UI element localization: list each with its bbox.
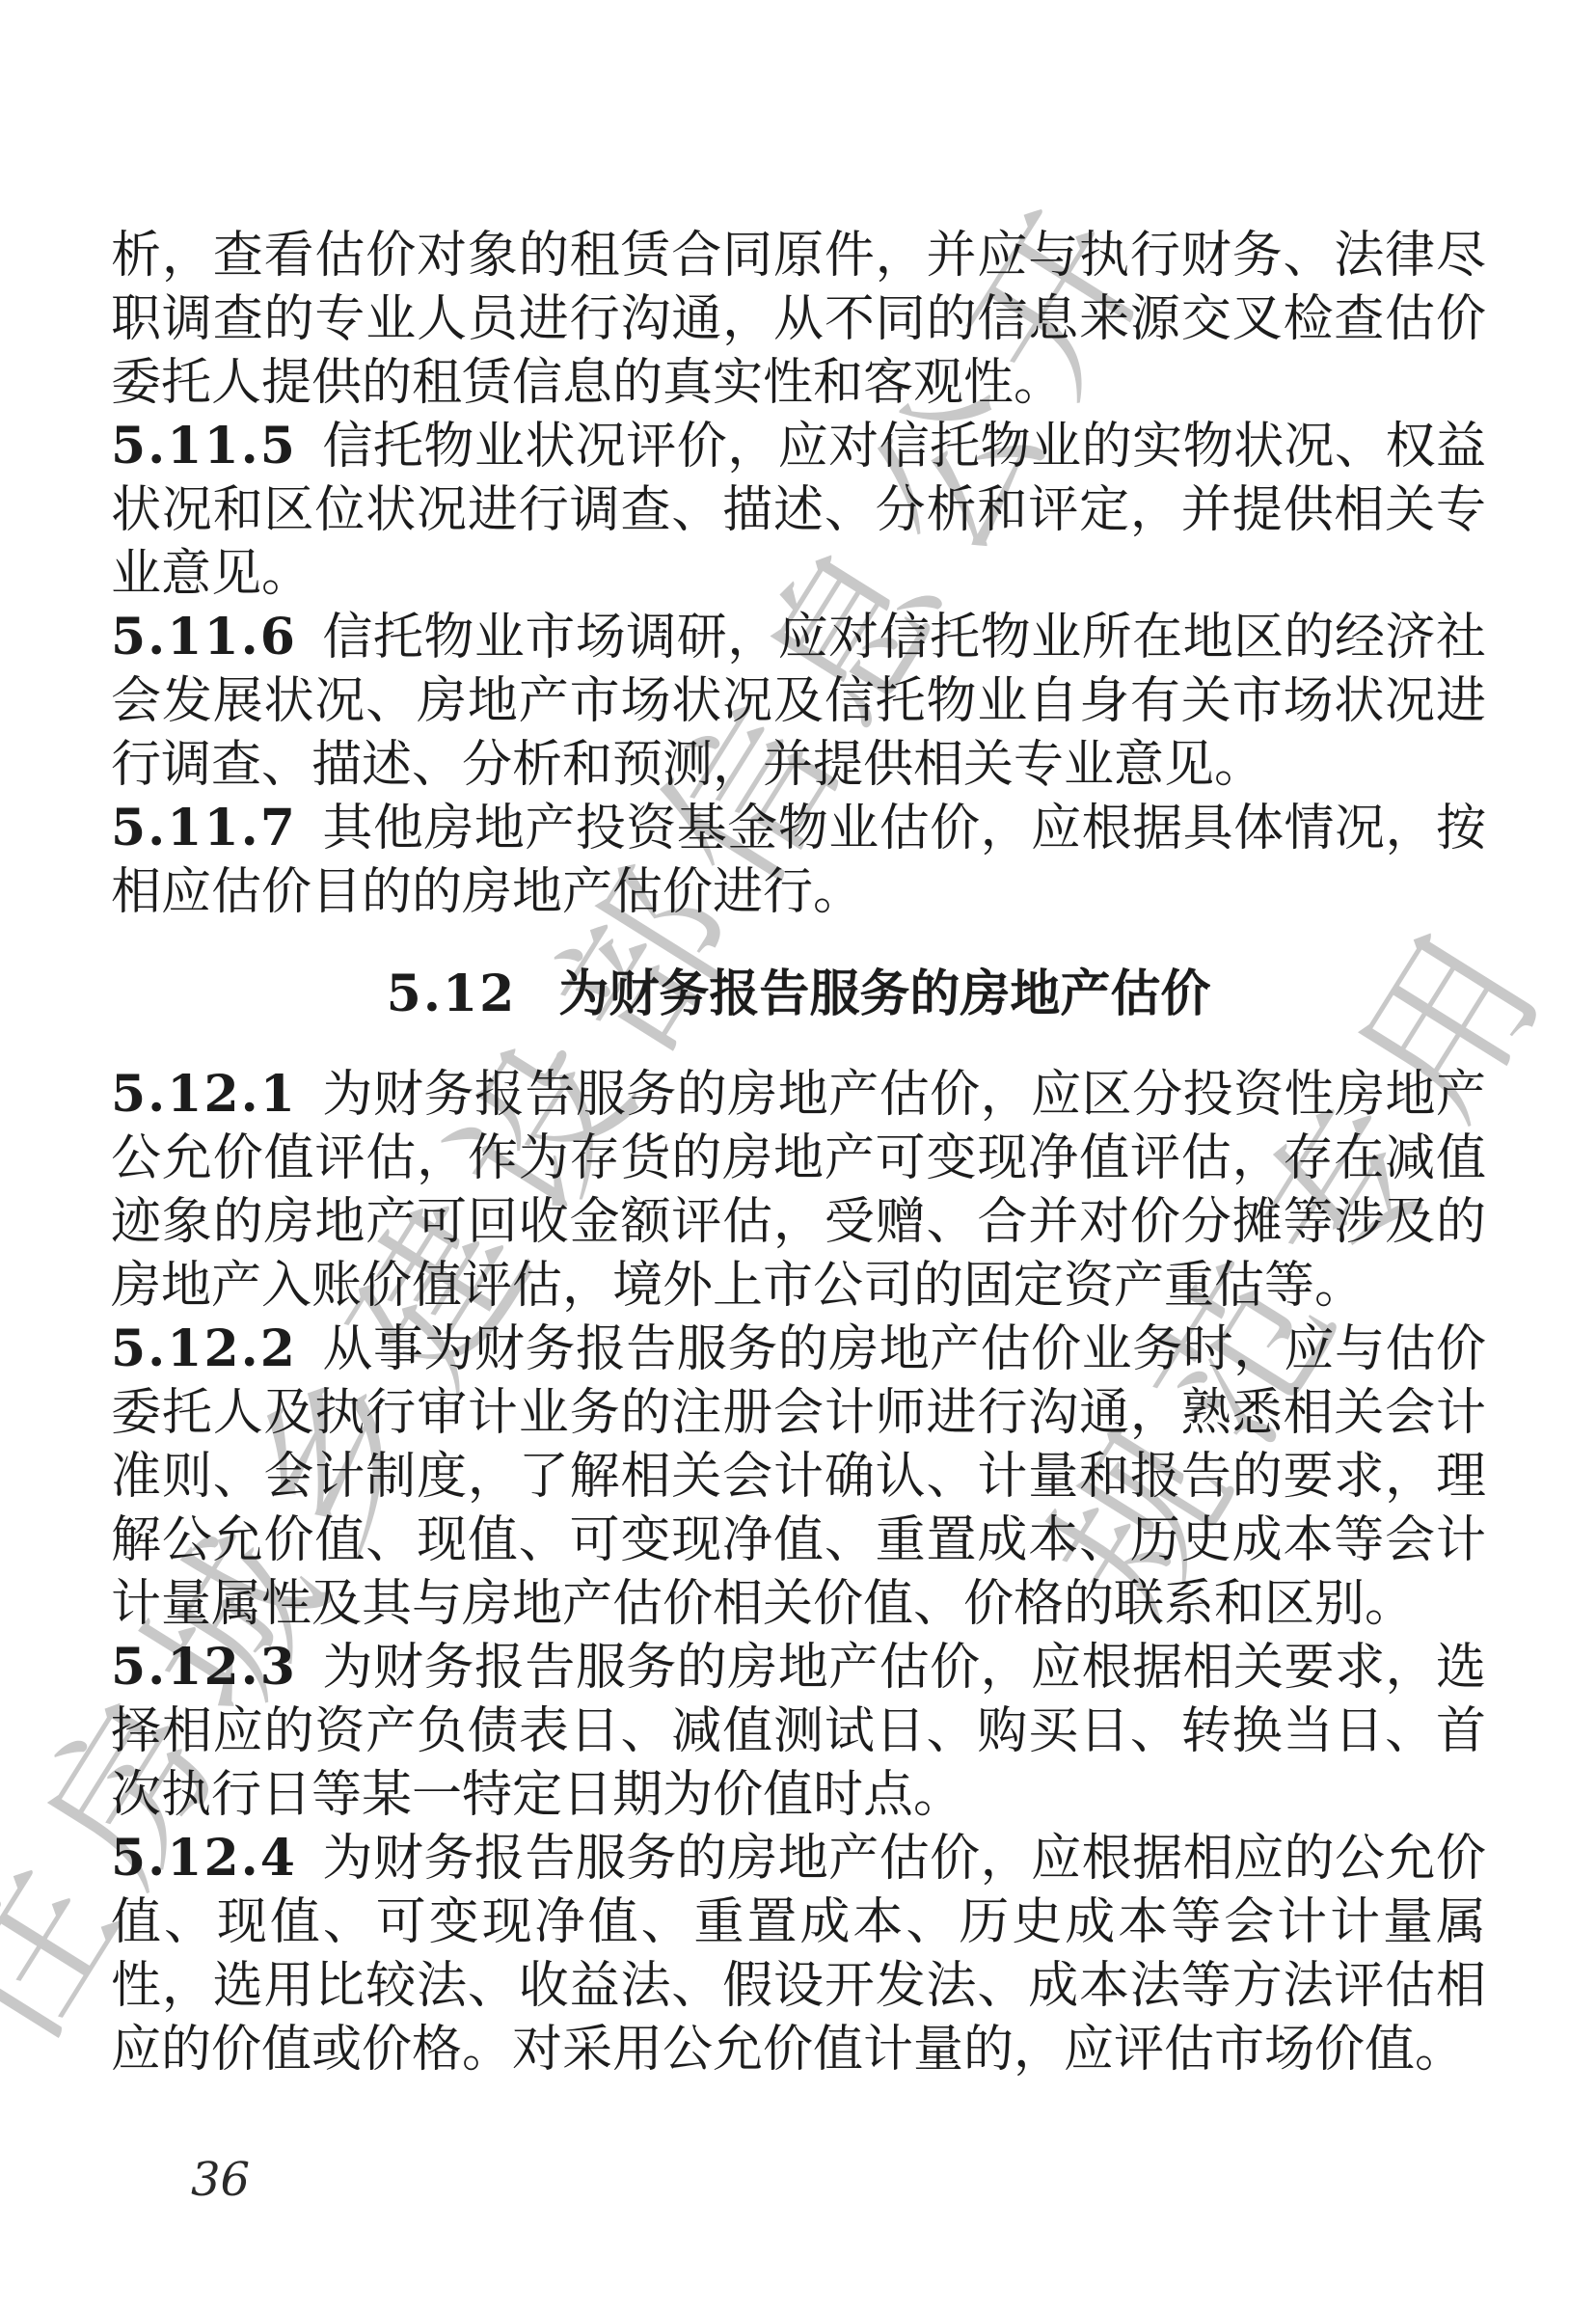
clause-number: 5.11.5 xyxy=(111,417,297,476)
section-heading-5-12: 5.12为财务报告服务的房地产估价 xyxy=(111,963,1486,1026)
paragraph-text: 信托物业市场调研，应对信托物业所在地区的经济社会发展状况、房地产市场状况及信托物… xyxy=(111,609,1486,794)
paragraph-5-12-2: 5.12.2从事为财务报告服务的房地产估价业务时，应与估价委托人及执行审计业务的… xyxy=(111,1318,1486,1636)
paragraph-5-12-3: 5.12.3为财务报告服务的房地产估价，应根据相关要求，选择相应的资产负债表日、… xyxy=(111,1636,1486,1827)
clause-number: 5.12.4 xyxy=(111,1829,297,1888)
document-page: 住房城乡建设部信息公开 规范专用 析，查看估价对象的租赁合同原件，并应与执行财务… xyxy=(0,0,1596,2311)
paragraph-5-11-5: 5.11.5信托物业状况评价，应对信托物业的实物状况、权益状况和区位状况进行调查… xyxy=(111,415,1486,606)
clause-number: 5.11.7 xyxy=(111,799,297,857)
paragraph-text: 为财务报告服务的房地产估价，应根据相关要求，选择相应的资产负债表日、减值测试日、… xyxy=(111,1639,1486,1824)
paragraph-text: 为财务报告服务的房地产估价，应区分投资性房地产公允价值评估，作为存货的房地产可变… xyxy=(111,1066,1486,1315)
paragraph-text: 从事为财务报告服务的房地产估价业务时，应与估价委托人及执行审计业务的注册会计师进… xyxy=(111,1320,1486,1633)
clause-number: 5.11.6 xyxy=(111,608,297,666)
section-title: 为财务报告服务的房地产估价 xyxy=(558,965,1210,1023)
paragraph-continuation: 析，查看估价对象的租赁合同原件，并应与执行财务、法律尽职调查的专业人员进行沟通，… xyxy=(111,224,1486,415)
clause-number: 5.12.1 xyxy=(111,1065,297,1124)
paragraph-text: 信托物业状况评价，应对信托物业的实物状况、权益状况和区位状况进行调查、描述、分析… xyxy=(111,418,1486,603)
clause-number: 5.12.2 xyxy=(111,1319,297,1378)
paragraph-text: 析，查看估价对象的租赁合同原件，并应与执行财务、法律尽职调查的专业人员进行沟通，… xyxy=(111,227,1486,412)
paragraph-5-12-1: 5.12.1为财务报告服务的房地产估价，应区分投资性房地产公允价值评估，作为存货… xyxy=(111,1063,1486,1318)
paragraph-5-11-6: 5.11.6信托物业市场调研，应对信托物业所在地区的经济社会发展状况、房地产市场… xyxy=(111,606,1486,797)
paragraph-5-11-7: 5.11.7其他房地产投资基金物业估价，应根据具体情况，按相应估价目的的房地产估… xyxy=(111,797,1486,924)
page-number: 36 xyxy=(191,2153,250,2207)
paragraph-text: 为财务报告服务的房地产估价，应根据相应的公允价值、现值、可变现净值、重置成本、历… xyxy=(111,1830,1486,2079)
clause-number: 5.12.3 xyxy=(111,1638,297,1697)
paragraph-text: 其他房地产投资基金物业估价，应根据具体情况，按相应估价目的的房地产估价进行。 xyxy=(111,800,1486,921)
section-number: 5.12 xyxy=(387,965,517,1023)
paragraph-5-12-4: 5.12.4为财务报告服务的房地产估价，应根据相应的公允价值、现值、可变现净值、… xyxy=(111,1827,1486,2081)
page-body: 析，查看估价对象的租赁合同原件，并应与执行财务、法律尽职调查的专业人员进行沟通，… xyxy=(111,224,1486,2081)
